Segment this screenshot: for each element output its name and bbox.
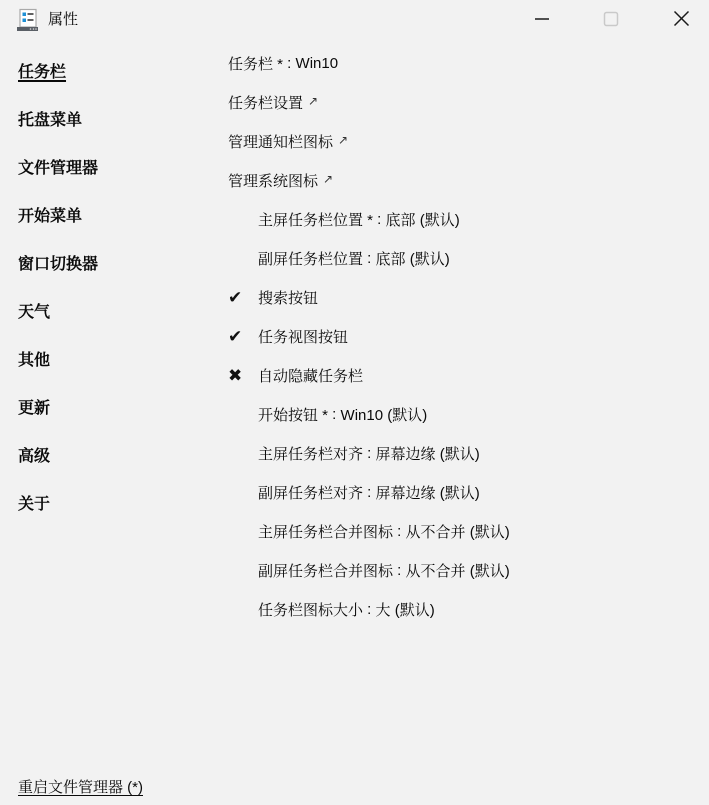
setting-label: 任务栏图标大小 <box>258 599 363 620</box>
setting-value: 大 (默认) <box>376 599 435 620</box>
setting-label: 主屏任务栏位置 * <box>258 209 373 230</box>
sidebar-item-weather[interactable]: 天气 <box>18 286 198 334</box>
link-manage-system-icons[interactable]: 管理系统图标↗ <box>228 161 698 200</box>
external-link-icon: ↗ <box>323 172 333 186</box>
sidebar-item-file-explorer[interactable]: 文件管理器 <box>18 142 198 190</box>
sidebar-item-start-menu[interactable]: 开始菜单 <box>18 190 198 238</box>
setting-label: 副屏任务栏合并图标 <box>258 560 393 581</box>
setting-secondary-taskbar-alignment[interactable]: 副屏任务栏对齐 : 屏幕边缘 (默认) <box>228 473 698 512</box>
setting-secondary-taskbar-position[interactable]: 副屏任务栏位置 : 底部 (默认) <box>228 239 698 278</box>
link-label: 管理通知栏图标 <box>228 131 333 152</box>
sidebar-item-updates[interactable]: 更新 <box>18 382 198 430</box>
maximize-button[interactable] <box>588 0 634 40</box>
minimize-button[interactable] <box>519 0 565 40</box>
external-link-icon: ↗ <box>338 133 348 147</box>
sidebar-item-advanced[interactable]: 高级 <box>18 430 198 478</box>
sidebar-item-tray-menu[interactable]: 托盘菜单 <box>18 94 198 142</box>
toggle-auto-hide-taskbar[interactable]: ✖自动隐藏任务栏 <box>228 356 698 395</box>
setting-value: 从不合并 (默认) <box>406 560 510 581</box>
sidebar-item-other[interactable]: 其他 <box>18 334 198 382</box>
setting-label: 主屏任务栏合并图标 <box>258 521 393 542</box>
toggle-label: 任务视图按钮 <box>258 326 348 347</box>
link-manage-notification-icons[interactable]: 管理通知栏图标↗ <box>228 122 698 161</box>
setting-value: 底部 (默认) <box>376 248 450 269</box>
sidebar-item-about[interactable]: 关于 <box>18 478 198 526</box>
setting-label: 副屏任务栏位置 <box>258 248 363 269</box>
setting-label: 任务栏 * <box>228 53 283 74</box>
link-label: 任务栏设置 <box>228 92 303 113</box>
setting-value: 底部 (默认) <box>386 209 460 230</box>
toggle-task-view-button[interactable]: ✔任务视图按钮 <box>228 317 698 356</box>
external-link-icon: ↗ <box>308 94 318 108</box>
sidebar-item-window-switcher[interactable]: 窗口切换器 <box>18 238 198 286</box>
window-title: 属性 <box>48 0 78 40</box>
setting-primary-taskbar-position[interactable]: 主屏任务栏位置 * : 底部 (默认) <box>228 200 698 239</box>
setting-value: Win10 (默认) <box>341 404 428 425</box>
close-button[interactable] <box>658 0 704 40</box>
cross-icon: ✖ <box>228 367 258 384</box>
setting-value: 从不合并 (默认) <box>406 521 510 542</box>
settings-panel: 任务栏 * : Win10 任务栏设置↗ 管理通知栏图标↗ 管理系统图标↗ 主屏… <box>228 44 698 629</box>
setting-secondary-taskbar-combine-icons[interactable]: 副屏任务栏合并图标 : 从不合并 (默认) <box>228 551 698 590</box>
setting-taskbar-icon-size[interactable]: 任务栏图标大小 : 大 (默认) <box>228 590 698 629</box>
link-label: 管理系统图标 <box>228 170 318 191</box>
checkmark-icon: ✔ <box>228 328 258 345</box>
toggle-label: 搜索按钮 <box>258 287 318 308</box>
setting-value: 屏幕边缘 (默认) <box>376 443 480 464</box>
checkmark-icon: ✔ <box>228 289 258 306</box>
setting-value: Win10 <box>296 55 339 72</box>
app-taskbar-properties-icon <box>16 8 40 32</box>
toggle-label: 自动隐藏任务栏 <box>258 365 363 386</box>
sidebar: 任务栏 托盘菜单 文件管理器 开始菜单 窗口切换器 天气 其他 更新 高级 关于 <box>18 46 198 526</box>
setting-label: 主屏任务栏对齐 <box>258 443 363 464</box>
restart-file-explorer-link[interactable]: 重启文件管理器 (*) <box>18 776 143 797</box>
setting-value: 屏幕边缘 (默认) <box>376 482 480 503</box>
setting-start-button-style[interactable]: 开始按钮 * : Win10 (默认) <box>228 395 698 434</box>
sidebar-item-taskbar[interactable]: 任务栏 <box>18 46 198 94</box>
properties-window: 属性 任务栏 托盘菜单 文件管理器 开始菜单 窗口切换器 天气 <box>0 0 709 805</box>
minimize-icon <box>534 11 550 30</box>
close-icon <box>673 10 690 30</box>
setting-label: 副屏任务栏对齐 <box>258 482 363 503</box>
setting-taskbar-style[interactable]: 任务栏 * : Win10 <box>228 44 698 83</box>
maximize-icon <box>603 11 619 30</box>
titlebar: 属性 <box>0 0 709 40</box>
setting-primary-taskbar-alignment[interactable]: 主屏任务栏对齐 : 屏幕边缘 (默认) <box>228 434 698 473</box>
setting-primary-taskbar-combine-icons[interactable]: 主屏任务栏合并图标 : 从不合并 (默认) <box>228 512 698 551</box>
link-taskbar-settings[interactable]: 任务栏设置↗ <box>228 83 698 122</box>
setting-label: 开始按钮 * <box>258 404 328 425</box>
toggle-search-button[interactable]: ✔搜索按钮 <box>228 278 698 317</box>
